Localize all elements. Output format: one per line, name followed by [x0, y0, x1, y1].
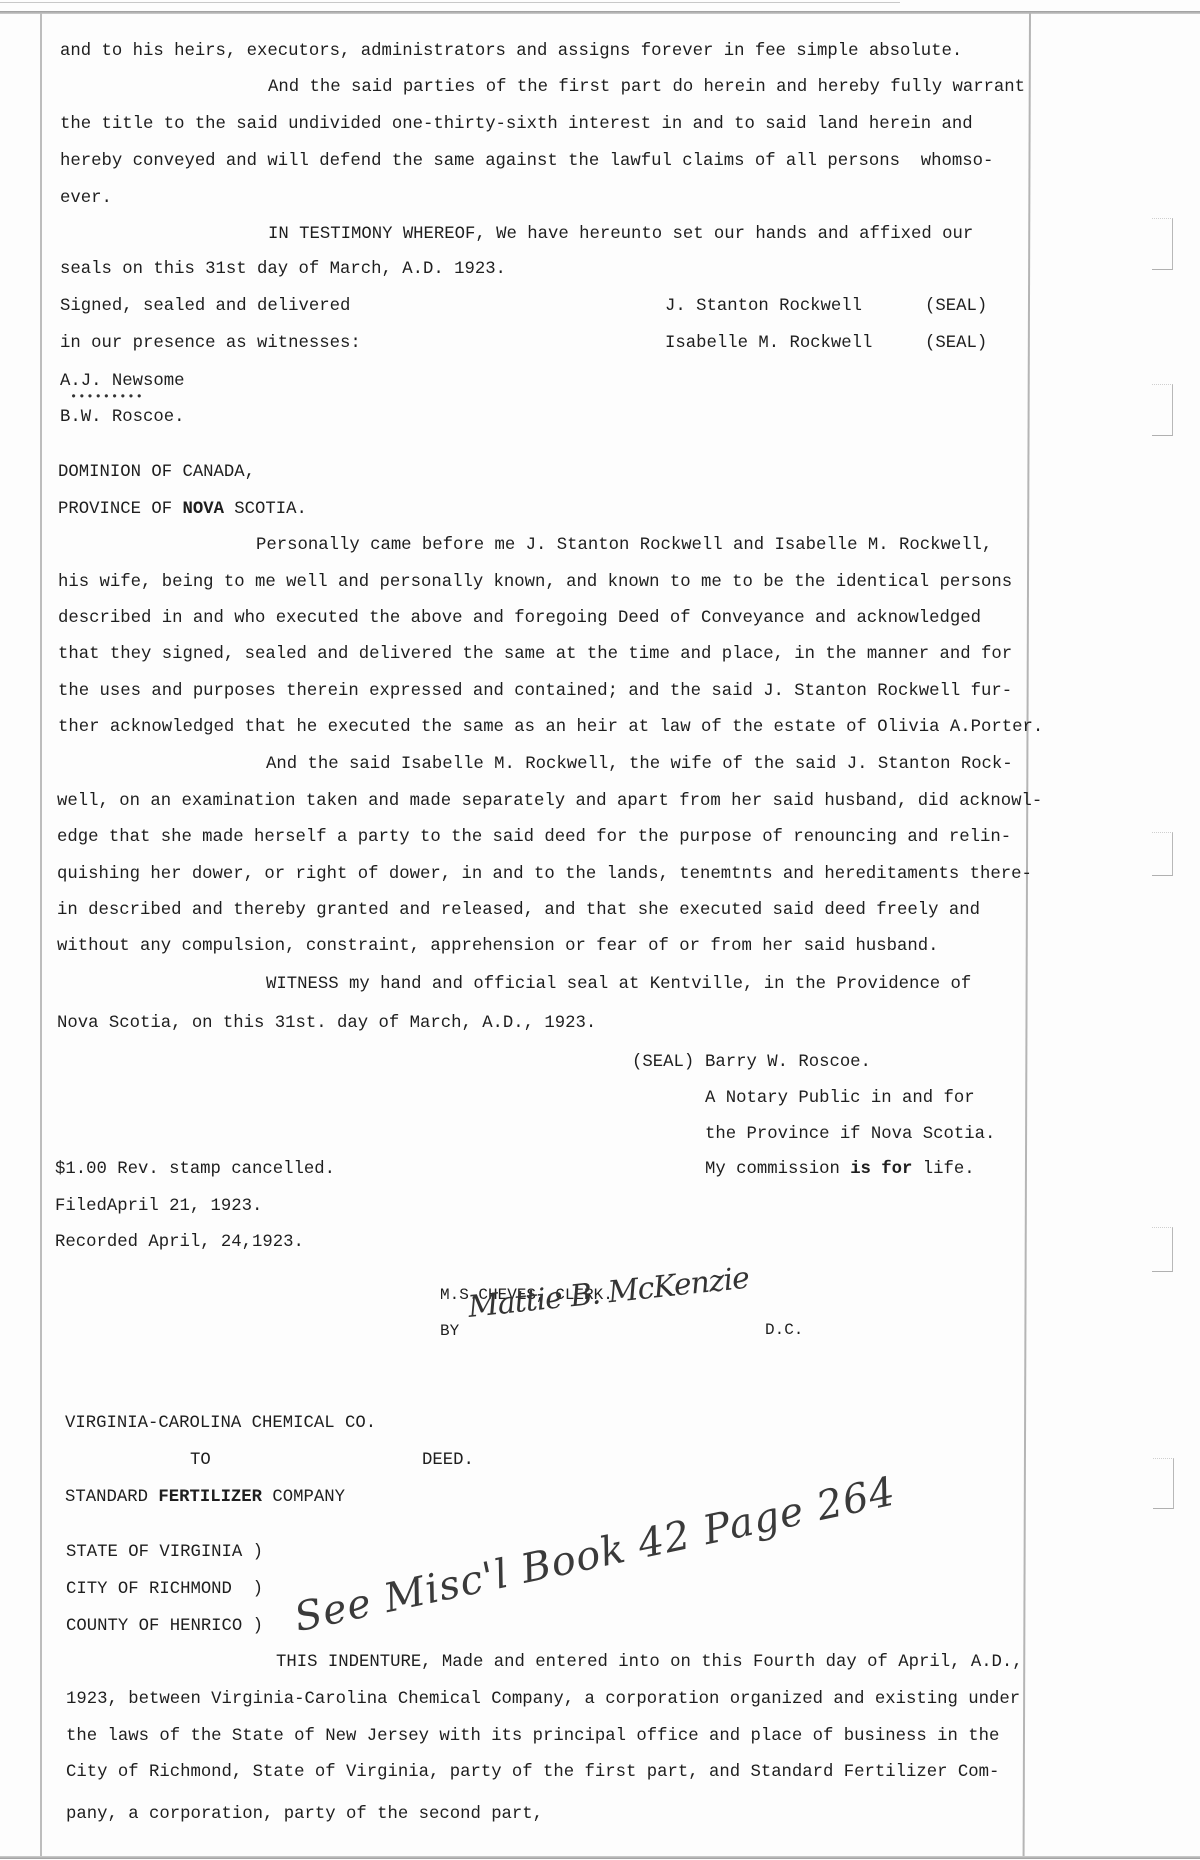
body-line: ever.: [60, 189, 112, 209]
acknowledgment-line: ther acknowledged that he executed the s…: [58, 718, 1043, 738]
acknowledgment-line: the uses and purposes therein expressed …: [58, 682, 1012, 702]
notary-seal: (SEAL): [632, 1053, 694, 1073]
margin-bracket-mark: [1152, 1227, 1173, 1272]
acknowledgment-line: And the said Isabelle M. Rockwell, the w…: [266, 755, 1013, 775]
grantee-text: COMPANY: [262, 1488, 345, 1507]
deed-record-page: and to his heirs, executors, administrat…: [0, 0, 1200, 1860]
seal-mark: (SEAL): [925, 297, 987, 317]
acknowledgment-line: well, on an examination taken and made s…: [57, 792, 1042, 812]
top-border-rule: [0, 11, 1200, 14]
handwritten-cross-reference: See Misc'l Book 42 Page 264: [290, 1469, 899, 1641]
venue-text-bold: NOVA: [182, 500, 223, 519]
witness-label: in our presence as witnesses:: [60, 334, 361, 354]
acknowledgment-line: quishing her dower, or right of dower, i…: [57, 865, 1032, 885]
body-line: hereby conveyed and will defend the same…: [60, 152, 993, 172]
indenture-line: pany, a corporation, party of the second…: [66, 1805, 543, 1825]
venue-line: COUNTY OF HENRICO ): [66, 1617, 263, 1637]
deed-instrument-label: DEED.: [422, 1451, 474, 1471]
grantee-text: STANDARD: [65, 1488, 158, 1507]
venue-line: PROVINCE OF NOVA SCOTIA.: [58, 500, 307, 520]
acknowledgment-line: in described and thereby granted and rel…: [57, 901, 980, 921]
body-line: and to his heirs, executors, administrat…: [60, 42, 962, 62]
grantee-text-bold: FERTILIZER: [158, 1488, 262, 1507]
venue-text: PROVINCE OF: [58, 500, 182, 519]
seal-mark: (SEAL): [925, 334, 987, 354]
left-margin-line: [40, 13, 42, 1858]
margin-bracket-mark: [1152, 384, 1173, 436]
commission-text: My commission: [705, 1160, 850, 1179]
notary-commission: My commission is for life.: [705, 1160, 975, 1180]
margin-bracket-mark: [1153, 1458, 1174, 1509]
commission-text: life.: [912, 1160, 974, 1179]
body-line: the title to the said undivided one-thir…: [60, 115, 973, 135]
recorded-date: Recorded April, 24,1923.: [55, 1233, 304, 1253]
deed-grantee: STANDARD FERTILIZER COMPANY: [65, 1488, 345, 1508]
top-border-faint: [0, 2, 900, 3]
acknowledgment-line: his wife, being to me well and personall…: [58, 573, 1012, 593]
bottom-border-rule: [0, 1856, 1200, 1859]
notary-title: A Notary Public in and for: [705, 1089, 975, 1109]
body-line: And the said parties of the first part d…: [268, 78, 1025, 98]
testimony-clause: IN TESTIMONY WHEREOF, We have hereunto s…: [268, 225, 973, 245]
acknowledgment-line: that they signed, sealed and delivered t…: [58, 645, 1012, 665]
venue-line: CITY OF RICHMOND ): [66, 1580, 263, 1600]
acknowledgment-line: Personally came before me J. Stanton Roc…: [256, 536, 992, 556]
notary-name: Barry W. Roscoe.: [705, 1053, 871, 1073]
witness-clause: WITNESS my hand and official seal at Ken…: [266, 975, 971, 995]
margin-bracket-mark: [1152, 832, 1173, 876]
acknowledgment-line: Nova Scotia, on this 31st. day of March,…: [57, 1014, 596, 1034]
revenue-stamp-note: $1.00 Rev. stamp cancelled.: [55, 1160, 335, 1180]
indenture-line: 1923, between Virginia-Carolina Chemical…: [66, 1690, 1020, 1710]
venue-line: STATE OF VIRGINIA ): [66, 1543, 263, 1563]
deed-grantor: VIRGINIA-CAROLINA CHEMICAL CO.: [65, 1414, 376, 1434]
right-margin-line: [1023, 13, 1031, 1858]
body-line: seals on this 31st day of March, A.D. 19…: [60, 260, 506, 280]
acknowledgment-line: described in and who executed the above …: [58, 609, 981, 629]
deputy-clerk-signature: Mattie B. McKenzie: [466, 1261, 750, 1325]
indenture-line: City of Richmond, State of Virginia, par…: [66, 1763, 999, 1783]
indenture-line: THIS INDENTURE, Made and entered into on…: [276, 1653, 1023, 1673]
witness-name: A.J. Newsome: [60, 372, 184, 392]
venue-text: SCOTIA.: [224, 500, 307, 519]
witness-label: Signed, sealed and delivered: [60, 297, 350, 317]
acknowledgment-line: without any compulsion, constraint, appr…: [57, 937, 939, 957]
deputy-clerk-title: D.C.: [765, 1320, 803, 1340]
commission-text-bold: is for: [850, 1160, 912, 1179]
acknowledgment-line: edge that she made herself a party to th…: [57, 828, 1011, 848]
witness-dot-line: •••••••••: [70, 390, 144, 404]
by-label: BY: [440, 1321, 459, 1341]
grantor-signature: J. Stanton Rockwell: [665, 297, 862, 317]
venue-line: DOMINION OF CANADA,: [58, 463, 255, 483]
grantor-signature: Isabelle M. Rockwell: [665, 334, 872, 354]
notary-title: the Province if Nova Scotia.: [705, 1125, 995, 1145]
margin-bracket-mark: [1152, 218, 1173, 270]
filed-date: FiledApril 21, 1923.: [55, 1197, 262, 1217]
witness-name: B.W. Roscoe.: [60, 408, 184, 428]
deed-to-label: TO: [190, 1451, 211, 1471]
indenture-line: the laws of the State of New Jersey with…: [66, 1727, 999, 1747]
